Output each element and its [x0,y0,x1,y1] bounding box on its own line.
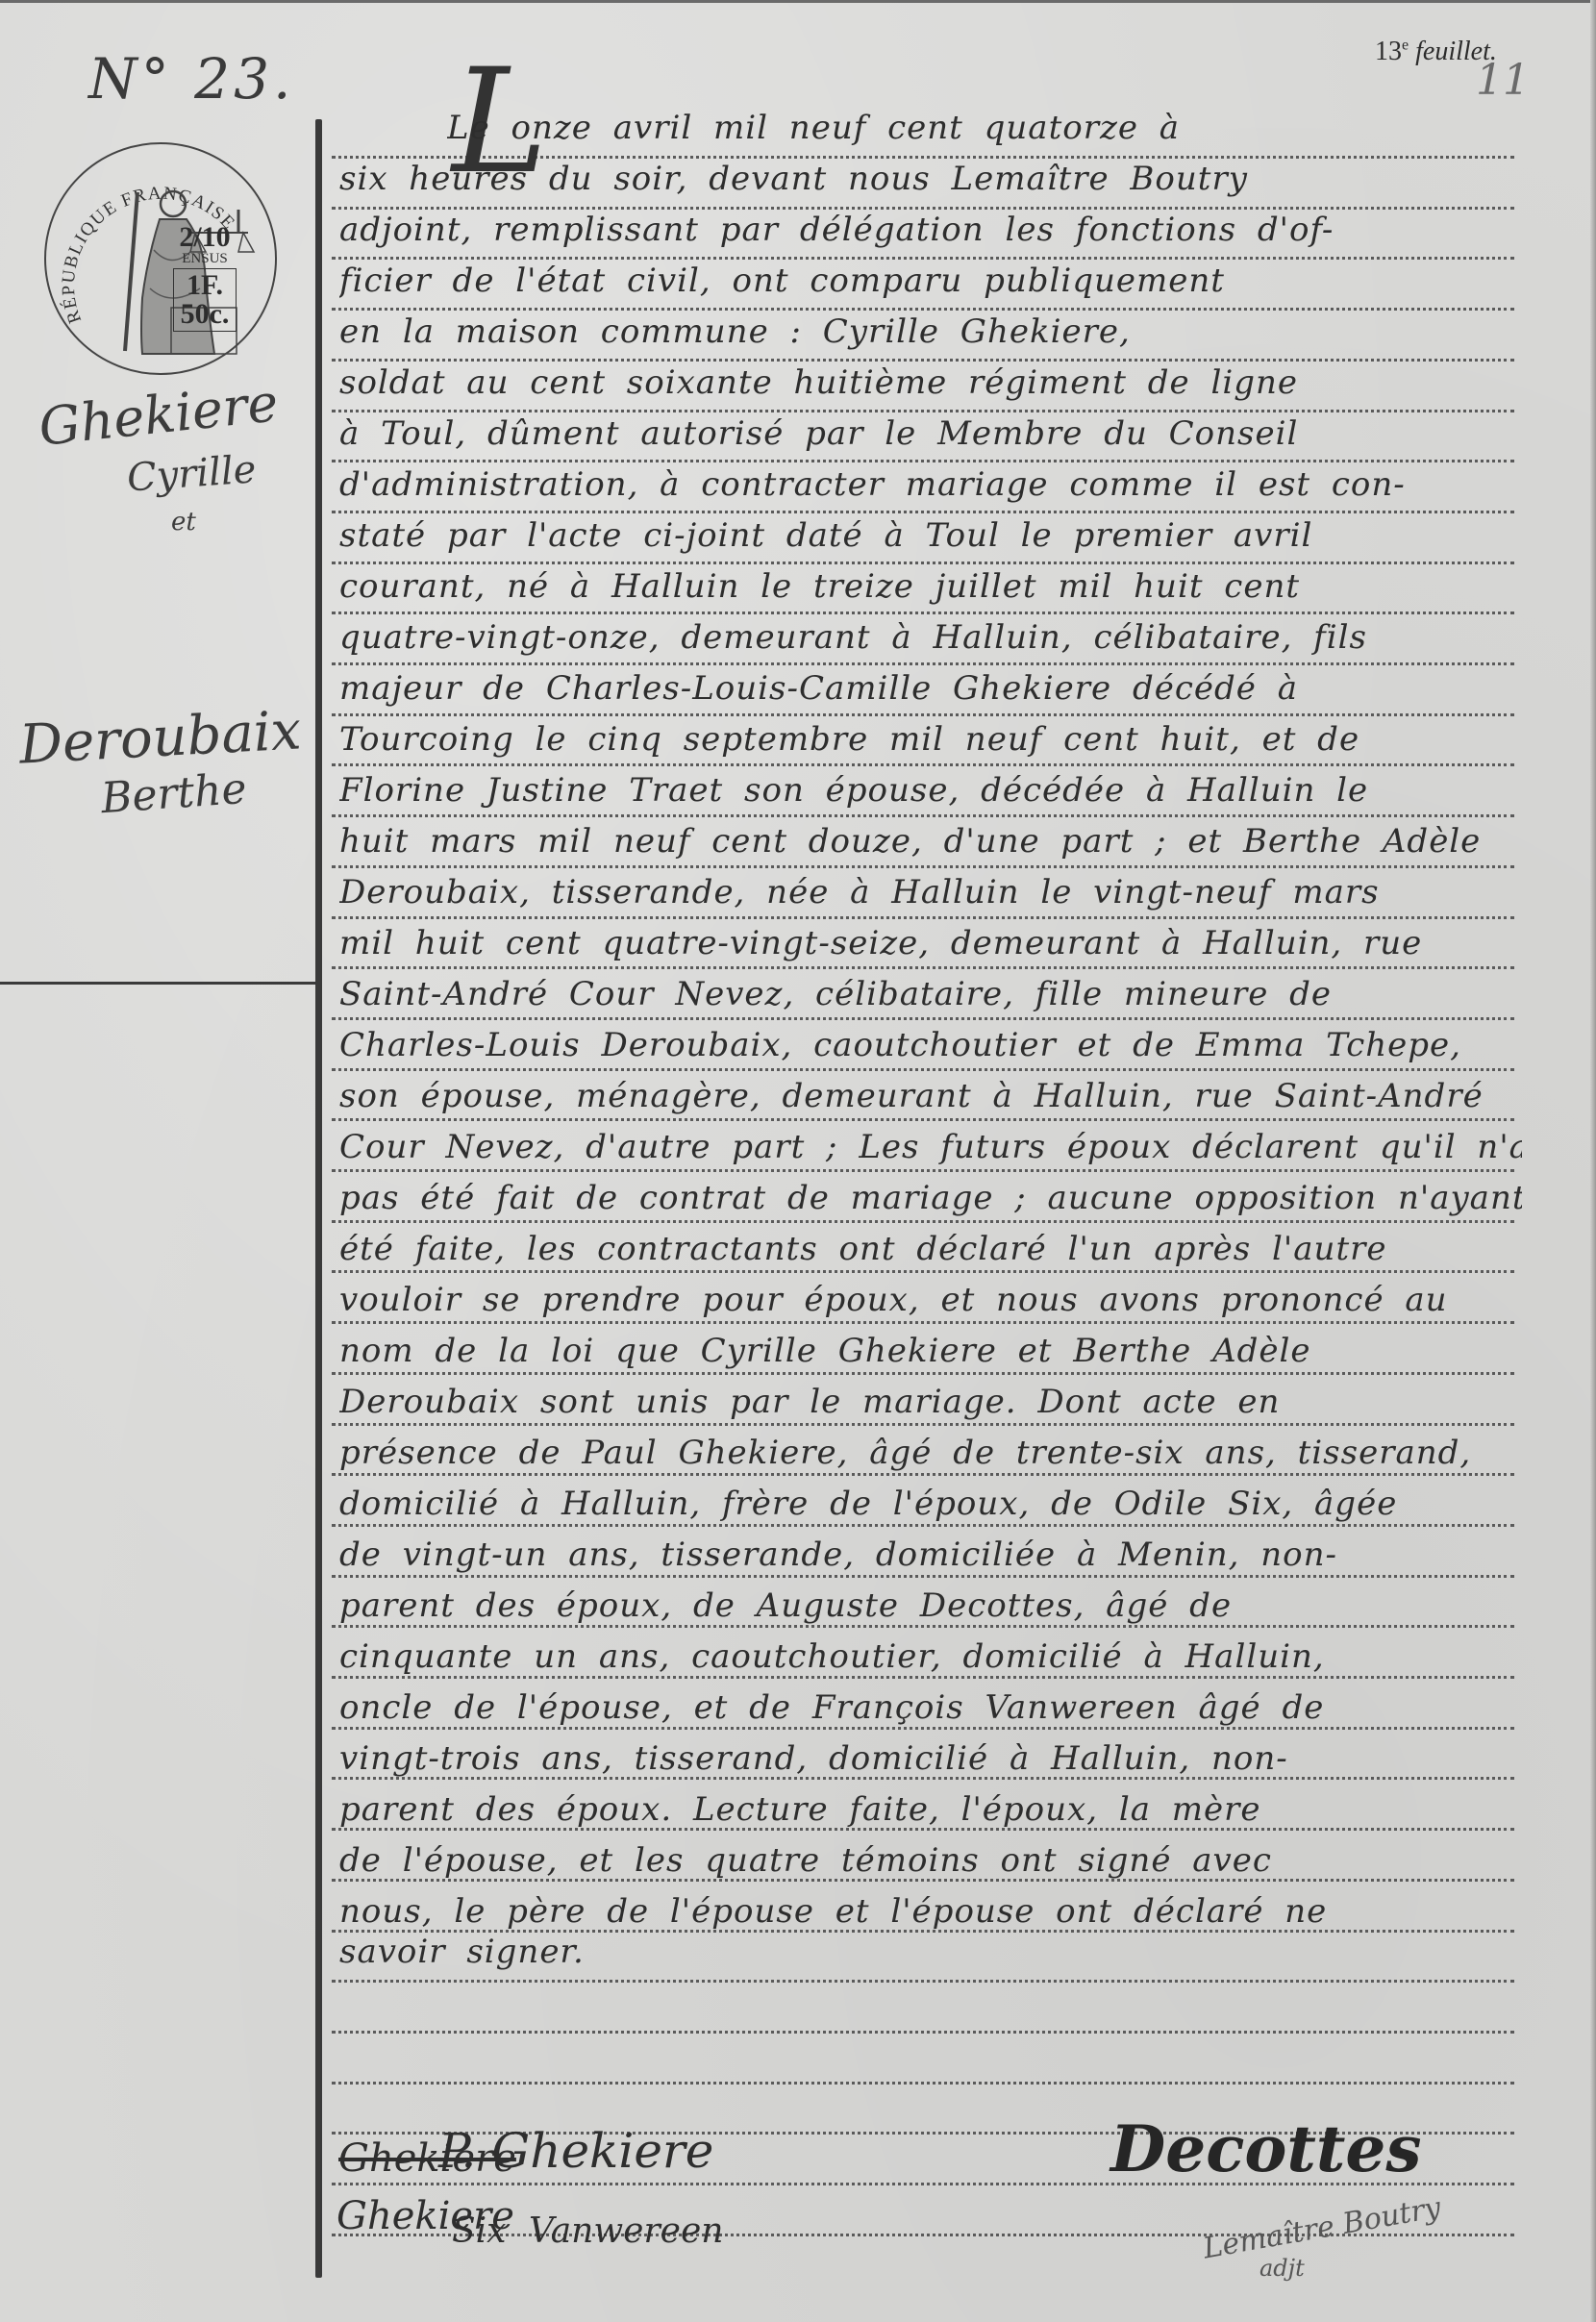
body-line: courant, né à Halluin le treize juillet … [339,567,1522,615]
body-line: de l'épouse, et les quatre témoins ont s… [339,1841,1522,1889]
body-line: pas été fait de contrat de mariage ; auc… [339,1179,1522,1227]
signature-witness-vanwereen: Vanwereen [529,2211,723,2251]
register-page: N° 23. 13e feuillet. 11 RÉPUBLIQUE FRANÇ… [0,0,1596,2322]
fiscal-stamp: RÉPUBLIQUE FRANÇAISE 2/10 ENSUS 1F. 50c. [44,142,277,375]
body-line: parent des époux. Lecture faite, l'époux… [339,1790,1522,1838]
body-line: mil huit cent quatre-vingt-seize, demeur… [339,924,1522,972]
body-line: Tourcoing le cinq septembre mil neuf cen… [339,720,1522,768]
margin-separator-line [0,982,319,985]
body-line: Deroubaix, tisserande, née à Halluin le … [339,873,1522,921]
margin-groom-given-name: Cyrille [126,447,258,500]
signature-witness-decottes: Decottes [1110,2111,1422,2186]
stamp-price-francs: 1F. [174,271,236,300]
body-line: Le onze avril mil neuf cent quatorze à [447,109,1514,157]
margin-groom-surname: Ghekiere [36,372,281,458]
body-line: de vingt-un ans, tisserande, domiciliée … [339,1536,1522,1584]
body-line: d'administration, à contracter mariage c… [339,465,1522,513]
body-line: Florine Justine Traet son épouse, décédé… [339,771,1522,819]
body-line: domicilié à Halluin, frère de l'époux, d… [339,1485,1522,1533]
margin-vertical-rule [315,119,322,2278]
stamp-surcharge: 2/10 [179,221,230,253]
body-line: Saint-André Cour Nevez, célibataire, fil… [339,975,1522,1023]
margin-conjunction: et [171,508,196,537]
body-line: vouloir se prendre pour époux, et nous a… [339,1281,1522,1329]
body-line: Cour Nevez, d'autre part ; Les futurs ép… [339,1128,1522,1176]
body-line: en la maison commune : Cyrille Ghekiere, [339,312,1522,361]
body-line: staté par l'acte ci-joint daté à Toul le… [339,516,1522,564]
body-line: oncle de l'épouse, et de François Vanwer… [339,1688,1522,1736]
stamp-surcharge-label: ENSUS [173,252,237,266]
body-line: Deroubaix sont unis par le mariage. Dont… [339,1383,1522,1431]
stamp-price: 1F. 50c. [173,268,237,332]
body-line: vingt-trois ans, tisserand, domicilié à … [339,1739,1522,1787]
body-line: cinquante un ans, caoutchoutier, domicil… [339,1637,1522,1685]
marianne-justice-icon: RÉPUBLIQUE FRANÇAISE [46,144,275,373]
body-line: adjoint, remplissant par délégation les … [339,211,1522,259]
body-line: six heures du soir, devant nous Lemaître… [339,160,1522,208]
signature-witness-paul: P. Ghekiere [438,2123,713,2179]
body-line: son épouse, ménagère, demeurant à Hallui… [339,1077,1522,1125]
signature-officer-title: adjt [1259,2255,1305,2282]
body-line: majeur de Charles-Louis-Camille Ghekiere… [339,669,1522,717]
body-line: nom de la loi que Cyrille Ghekiere et Be… [339,1332,1522,1380]
body-line: huit mars mil neuf cent douze, d'une par… [339,822,1522,870]
body-line: à Toul, dûment autorisé par le Membre du… [339,414,1522,462]
body-line: savoir signer. [339,1933,1522,1981]
ruled-line [332,2082,1514,2085]
ruled-line [332,2031,1514,2034]
body-line: été faite, les contractants ont déclaré … [339,1230,1522,1278]
margin-bride-given-name: Berthe [99,764,248,823]
stamp-price-centimes: 50c. [174,300,236,329]
body-line: Charles-Louis Deroubaix, caoutchoutier e… [339,1026,1522,1074]
body-line: présence de Paul Ghekiere, âgé de trente… [339,1434,1522,1482]
body-line: ficier de l'état civil, ont comparu publ… [339,262,1522,310]
signature-witness-six: Six [452,2211,506,2251]
body-line: quatre-vingt-onze, demeurant à Halluin, … [339,618,1522,666]
page-right-edge [1590,0,1596,2322]
body-line: soldat au cent soixante huitième régimen… [339,363,1522,412]
act-number: N° 23. [88,46,294,112]
margin-bride-surname: Deroubaix [18,699,303,776]
stamp-value: 2/10 ENSUS 1F. 50c. [173,223,237,332]
body-line: parent des époux, de Auguste Decottes, â… [339,1586,1522,1635]
